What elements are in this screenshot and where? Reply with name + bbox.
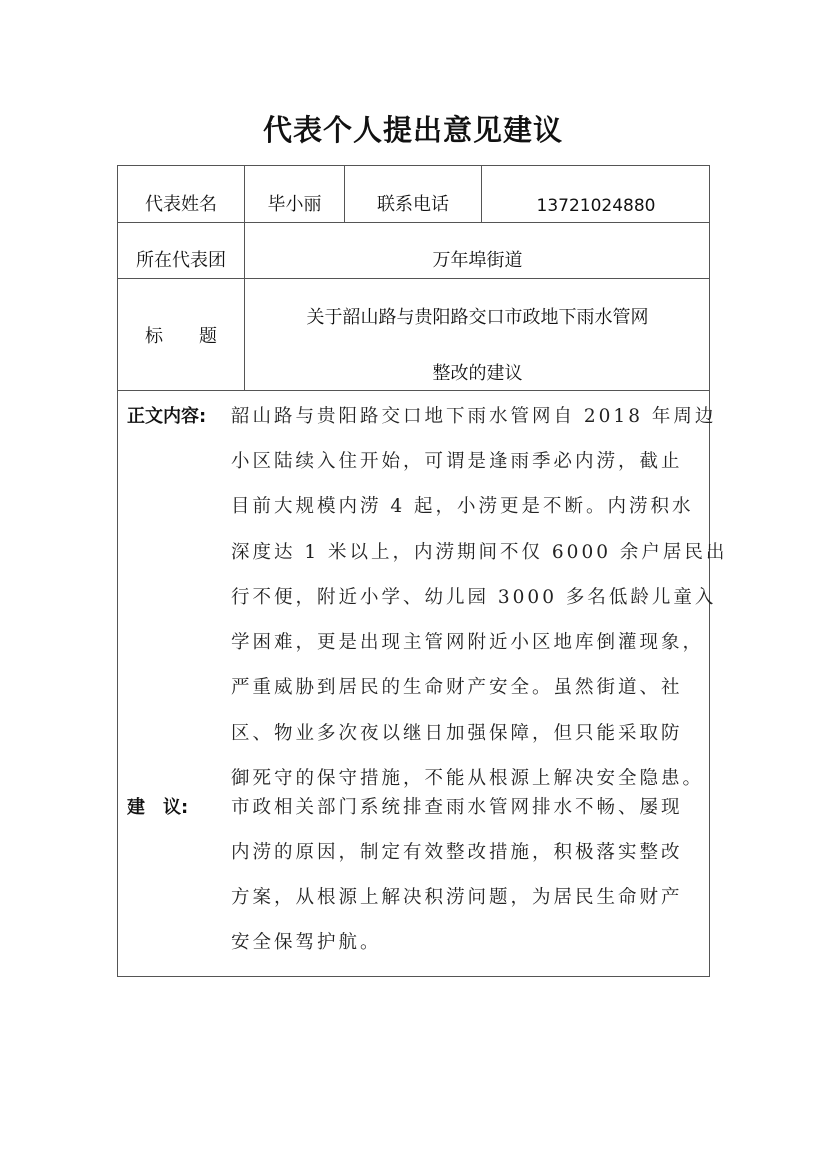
phone-label: 联系电话 xyxy=(345,166,481,222)
delegation-label: 所在代表团 xyxy=(118,223,244,278)
suggestion-line: 市政相关部门系统排查雨水管网排水不畅、屡现 xyxy=(231,793,683,819)
content-line: 行不便，附近小学、幼儿园 3000 多名低龄儿童入 xyxy=(231,583,716,609)
content-line: 深度达 1 米以上，内涝期间不仅 6000 余户居民出 xyxy=(231,538,727,564)
content-line: 韶山路与贵阳路交口地下雨水管网自 2018 年周边 xyxy=(231,402,716,428)
suggestion-line: 方案，从根源上解决积涝问题，为居民生命财产 xyxy=(231,883,683,909)
content-line: 御死守的保守措施，不能从根源上解决安全隐患。 xyxy=(231,764,704,790)
document-title: 代表个人提出意见建议 xyxy=(0,108,826,149)
suggestion-line: 安全保驾护航。 xyxy=(231,928,382,954)
name-label: 代表姓名 xyxy=(118,166,244,222)
phone-value: 13721024880 xyxy=(482,166,710,222)
subject-label: 标 题 xyxy=(118,279,244,390)
content-line: 严重威胁到居民的生命财产安全。虽然街道、社 xyxy=(231,673,683,699)
content-line: 学困难，更是出现主管网附近小区地库倒灌现象， xyxy=(231,628,704,654)
proposal-form-table: 代表姓名 毕小丽 联系电话 13721024880 所在代表团 万年埠街道 标 … xyxy=(117,165,710,977)
content-line: 目前大规模内涝 4 起，小涝更是不断。内涝积水 xyxy=(231,492,694,518)
subject-line: 整改的建议 xyxy=(433,359,523,389)
content-line: 区、物业多次夜以继日加强保障，但只能采取防 xyxy=(231,719,683,745)
row-divider xyxy=(118,390,709,391)
suggestion-line: 内涝的原因，制定有效整改措施，积极落实整改 xyxy=(231,838,683,864)
subject-value: 关于韶山路与贵阳路交口市政地下雨水管网 整改的建议 xyxy=(245,279,710,390)
name-value: 毕小丽 xyxy=(245,166,344,222)
subject-line: 关于韶山路与贵阳路交口市政地下雨水管网 xyxy=(307,303,649,333)
content-line: 小区陆续入住开始，可谓是逢雨季必内涝，截止 xyxy=(231,447,683,473)
content-label: 正文内容: xyxy=(127,402,206,428)
delegation-value: 万年埠街道 xyxy=(245,223,710,278)
suggestion-label: 建 议: xyxy=(127,793,188,819)
